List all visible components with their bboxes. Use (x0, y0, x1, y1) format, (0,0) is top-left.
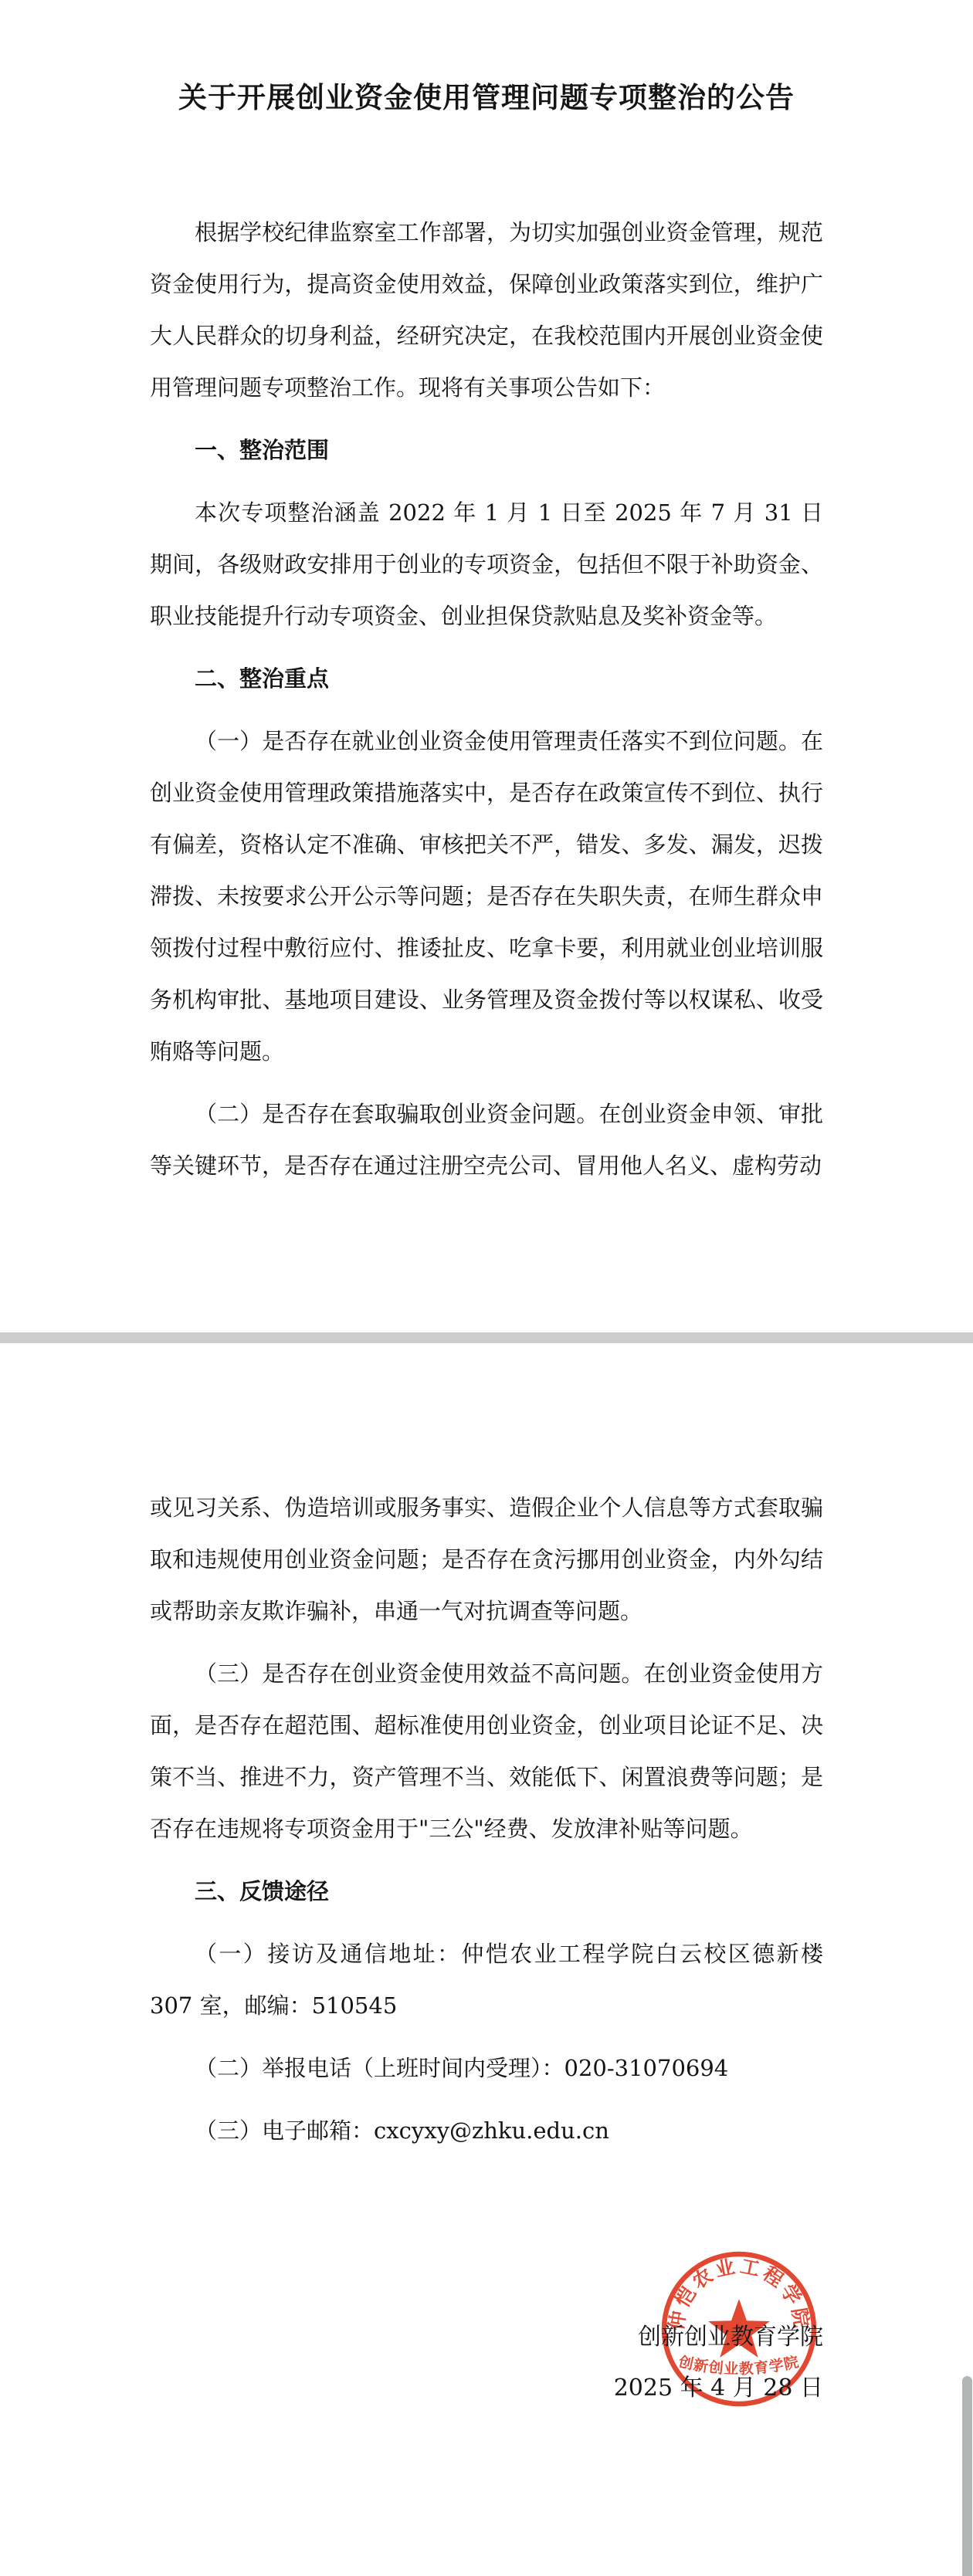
page1-body: 根据学校纪律监察室工作部署，为切实加强创业资金管理，规范资金使用行为，提高资金使… (150, 207, 823, 1192)
doc-heading: 一、整治范围 (150, 425, 823, 476)
doc-heading: 二、整治重点 (150, 653, 823, 705)
signature-org: 创新创业教育学院 (150, 2320, 823, 2354)
doc-paragraph: （二）举报电话（上班时间内受理）：020-31070694 (150, 2043, 823, 2094)
document-page-1: 关于开展创业资金使用管理问题专项整治的公告 根据学校纪律监察室工作部署，为切实加… (0, 0, 973, 1332)
doc-paragraph: 或见习关系、伪造培训或服务事实、造假企业个人信息等方式套取骗取和违规使用创业资金… (150, 1482, 823, 1637)
doc-paragraph: （二）是否存在套取骗取创业资金问题。在创业资金申领、审批等关键环节，是否存在通过… (150, 1088, 823, 1192)
page2-body: 或见习关系、伪造培训或服务事实、造假企业个人信息等方式套取骗取和违规使用创业资金… (150, 1482, 823, 2157)
doc-paragraph: （一）是否存在就业创业资金使用管理责任落实不到位问题。在创业资金使用管理政策措施… (150, 716, 823, 1078)
doc-paragraph: 本次专项整治涵盖 2022 年 1 月 1 日至 2025 年 7 月 31 日… (150, 487, 823, 642)
doc-paragraph: （三）是否存在创业资金使用效益不高问题。在创业资金使用方面，是否存在超范围、超标… (150, 1648, 823, 1855)
scrollbar-thumb[interactable] (962, 2376, 972, 2576)
page-separator (0, 1332, 973, 1343)
document-title: 关于开展创业资金使用管理问题专项整治的公告 (150, 76, 823, 120)
doc-paragraph: （一）接访及通信地址：仲恺农业工程学院白云校区德新楼 307 室，邮编：5105… (150, 1928, 823, 2032)
doc-paragraph: （三）电子邮箱：cxcyxy@zhku.edu.cn (150, 2105, 823, 2157)
signature-block: 创新创业教育学院 2025 年 4 月 28 日 (150, 2320, 823, 2405)
doc-heading: 三、反馈途径 (150, 1866, 823, 1918)
signature-date: 2025 年 4 月 28 日 (150, 2371, 823, 2405)
doc-paragraph: 根据学校纪律监察室工作部署，为切实加强创业资金管理，规范资金使用行为，提高资金使… (150, 207, 823, 414)
document-page-2: 或见习关系、伪造培训或服务事实、造假企业个人信息等方式套取骗取和违规使用创业资金… (0, 1343, 973, 2576)
